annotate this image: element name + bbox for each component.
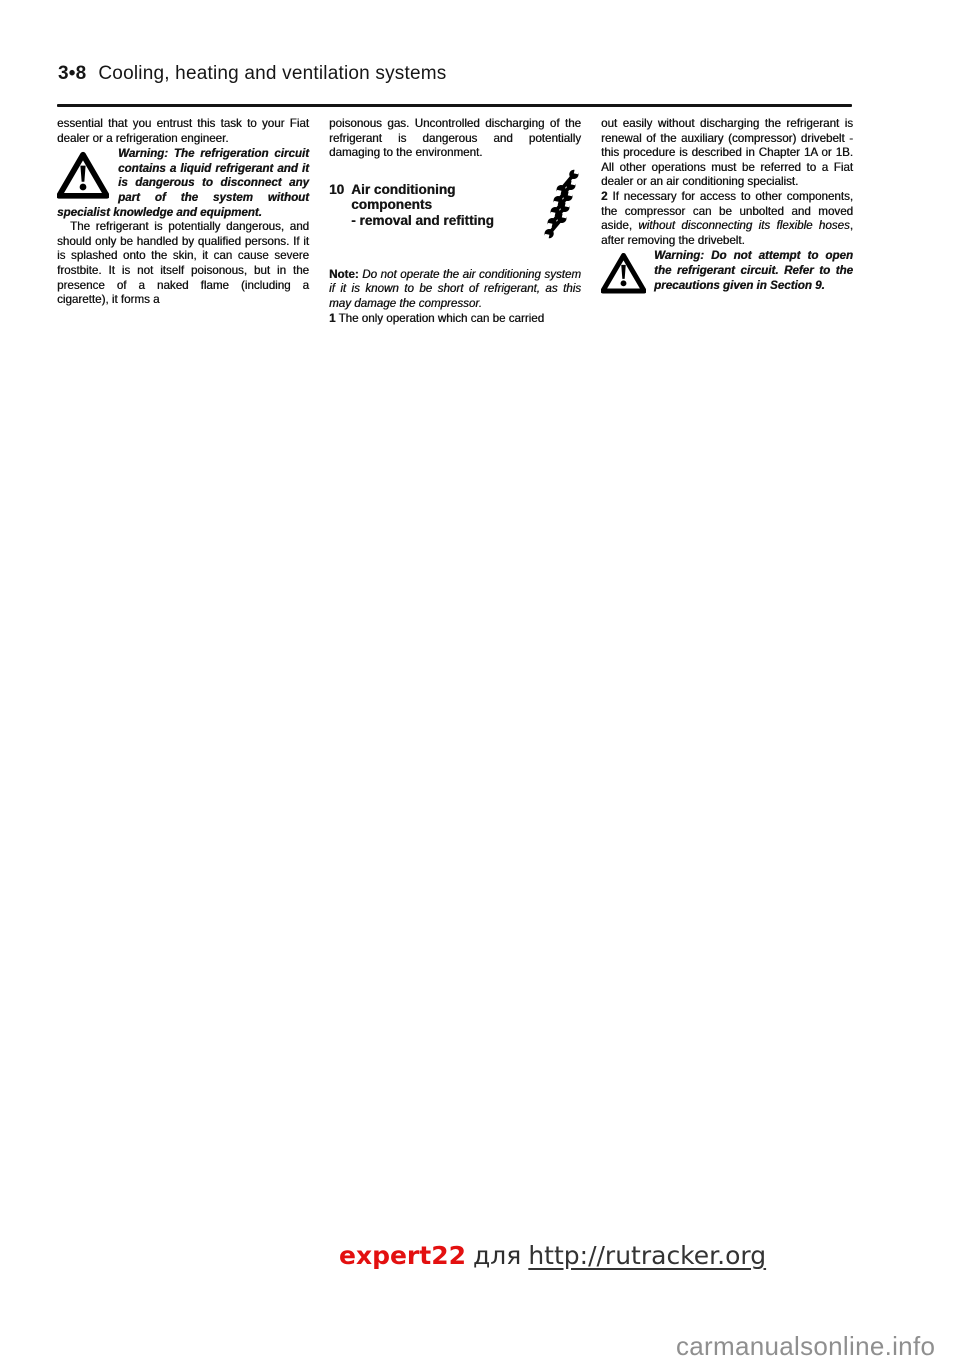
text-columns: essential that you entrust this task to … bbox=[57, 117, 853, 326]
warning-triangle-icon bbox=[57, 151, 109, 199]
section-heading: 10 Air conditioning components - removal… bbox=[329, 182, 581, 241]
warning-block: Warning: Do not attempt to open the refr… bbox=[601, 249, 853, 295]
header-rule bbox=[57, 104, 852, 107]
page-title: Cooling, heating and ventilation systems bbox=[98, 63, 446, 84]
note-text: Do not operate the air conditioning syst… bbox=[329, 268, 581, 310]
watermark: carmanualsonline.info bbox=[676, 1331, 935, 1362]
note-paragraph: Note: Do not operate the air conditionin… bbox=[329, 268, 581, 312]
paragraph: The refrigerant is potentially dangerous… bbox=[57, 220, 309, 308]
step-1: 1 The only operation which can be carrie… bbox=[329, 312, 581, 327]
paragraph: out easily without discharging the refri… bbox=[601, 117, 853, 190]
step-number: 1 bbox=[329, 312, 335, 325]
page-number: 3•8 bbox=[58, 63, 86, 84]
credit-middle-word: для bbox=[473, 1241, 521, 1270]
section-title-line2: - removal and refitting bbox=[351, 213, 494, 228]
note-label: Note: bbox=[329, 268, 362, 281]
step-2: 2 If necessary for access to other compo… bbox=[601, 190, 853, 248]
manual-page: 3•8Cooling, heating and ventilation syst… bbox=[0, 0, 960, 1362]
paragraph: essential that you entrust this task to … bbox=[57, 117, 309, 146]
column-3: out easily without discharging the refri… bbox=[601, 117, 853, 326]
difficulty-spanners-icon bbox=[539, 177, 581, 241]
footer-credit: expert22дляhttp://rutracker.org bbox=[339, 1241, 766, 1270]
warning-block: Warning: The refrigeration circuit conta… bbox=[57, 147, 309, 220]
paragraph: poisonous gas. Uncontrolled discharging … bbox=[329, 117, 581, 161]
credit-name: expert22 bbox=[339, 1241, 466, 1270]
step-text-italic: without disconnecting its flexible hoses bbox=[638, 219, 850, 232]
warning-text: Warning: Do not attempt to open the refr… bbox=[654, 249, 853, 291]
step-number: 2 bbox=[601, 190, 607, 203]
section-title: 10 Air conditioning components - removal… bbox=[329, 182, 539, 229]
section-number: 10 bbox=[329, 182, 344, 229]
rutracker-link[interactable]: http://rutracker.org bbox=[528, 1241, 766, 1270]
section-title-line1: Air conditioning components bbox=[351, 182, 455, 213]
step-text: The only operation which can be carried bbox=[338, 312, 544, 325]
column-1: essential that you entrust this task to … bbox=[57, 117, 309, 326]
page-header: 3•8Cooling, heating and ventilation syst… bbox=[58, 63, 446, 85]
column-2: poisonous gas. Uncontrolled discharging … bbox=[329, 117, 581, 326]
warning-triangle-icon bbox=[601, 252, 646, 294]
